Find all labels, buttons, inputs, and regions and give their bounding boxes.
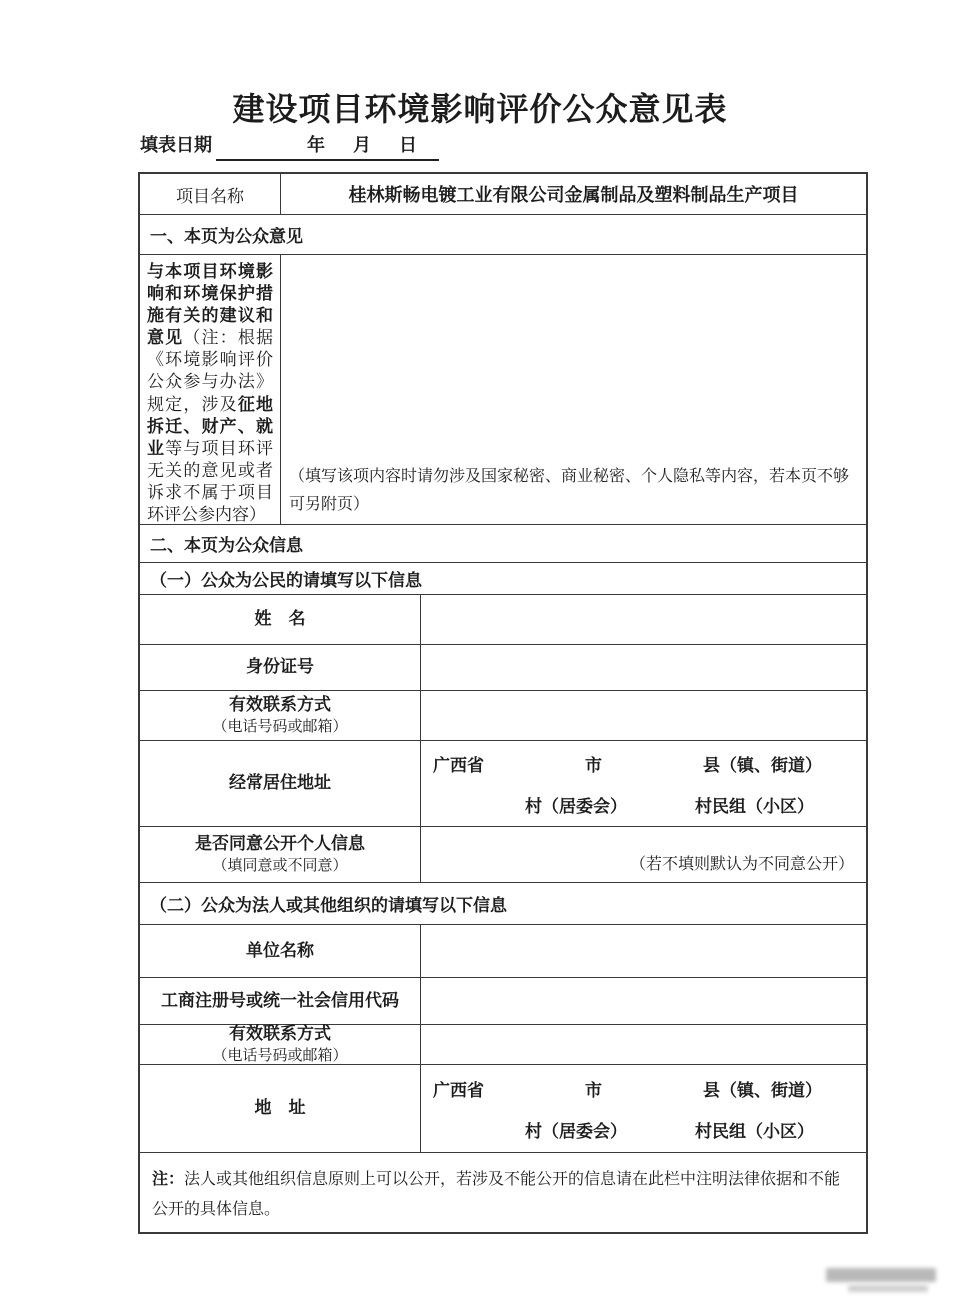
county-label: 县（镇、街道） [703,751,822,776]
name-input-area [421,595,866,644]
residence-address-input-area: 广西省 市 县（镇、街道） 村（居委会） 村民组（小区） [421,741,866,826]
footnote-text: 注：法人或其他组织信息原则上可以公开，若涉及不能公开的信息请在此栏中注明法律依据… [140,1153,866,1232]
citizen-contact-sublabel: （电话号码或邮箱） [212,717,347,737]
org-address-input-area: 广西省 市 县（镇、街道） 村（居委会） 村民组（小区） [421,1065,866,1152]
registration-code-row: 工商注册号或统一社会信用代码 [140,977,866,1024]
consent-label: 是否同意公开个人信息 （填同意或不同意） [140,827,421,882]
footnote-body: 法人或其他组织信息原则上可以公开，若涉及不能公开的信息请在此栏中注明法律依据和不… [152,1169,840,1218]
footnote-row: 注：法人或其他组织信息原则上可以公开，若涉及不能公开的信息请在此栏中注明法律依据… [140,1152,866,1232]
id-number-label: 身份证号 [140,645,421,690]
org-contact-sublabel: （电话号码或邮箱） [212,1046,347,1066]
address-line1: 广西省 市 县（镇、街道） [421,751,866,776]
project-name-row: 项目名称 桂林斯畅电镀工业有限公司金属制品及塑料制品生产项目 [140,174,866,214]
section2-header-row: 二、本页为公众信息 [140,524,866,562]
opinion-label: 与本项目环境影响和环境保护措施有关的建议和意见（注：根据《环境影响评价公众参与办… [140,255,281,524]
opinion-input-area: （填写该项内容时请勿涉及国家秘密、商业秘密、个人隐私等内容，若本页不够可另附页） [281,255,866,524]
watermark-smudge-1 [826,1268,936,1282]
name-label: 姓 名 [140,595,421,644]
unit-name-row: 单位名称 [140,924,866,977]
day-label: 日 [399,131,417,157]
org-contact-row: 有效联系方式 （电话号码或邮箱） [140,1024,866,1064]
org-subheader: （二）公众为法人或其他组织的请填写以下信息 [140,891,507,916]
unit-name-label: 单位名称 [140,925,421,977]
residence-address-label: 经常居住地址 [140,741,421,826]
section1-header: 一、本页为公众意见 [140,222,303,247]
year-label: 年 [307,131,325,157]
opinion-label-part4: 等与项目环评无关的意见或者诉求不属于项目环评公参内容） [147,439,273,525]
org-group-label: 村民组（小区） [695,1117,814,1142]
form-title: 建设项目环境影响评价公众意见表 [0,84,960,130]
org-address-line1: 广西省 市 县（镇、街道） [421,1076,866,1101]
section1-header-row: 一、本页为公众意见 [140,214,866,254]
opinion-row: 与本项目环境影响和环境保护措施有关的建议和意见（注：根据《环境影响评价公众参与办… [140,254,866,524]
residence-address-row: 经常居住地址 广西省 市 县（镇、街道） 村（居委会） 村民组（小区） [140,740,866,826]
registration-code-input-area [421,978,866,1024]
citizen-contact-input-area [421,691,866,740]
org-contact-input-area [421,1025,866,1064]
id-number-row: 身份证号 [140,644,866,690]
org-province-label: 广西省 [433,1076,484,1101]
form-table: 项目名称 桂林斯畅电镀工业有限公司金属制品及塑料制品生产项目 一、本页为公众意见… [138,172,868,1234]
province-label: 广西省 [433,751,484,776]
opinion-fill-note: （填写该项内容时请勿涉及国家秘密、商业秘密、个人隐私等内容，若本页不够可另附页） [281,462,866,524]
citizen-contact-row: 有效联系方式 （电话号码或邮箱） [140,690,866,740]
org-county-label: 县（镇、街道） [703,1076,822,1101]
org-address-label: 地 址 [140,1065,421,1152]
city-label: 市 [585,751,602,776]
project-name-value: 桂林斯畅电镀工业有限公司金属制品及塑料制品生产项目 [281,174,866,214]
consent-input-area: （若不填则默认为不同意公开） [421,827,866,882]
org-contact-label: 有效联系方式 （电话号码或邮箱） [140,1025,421,1064]
consent-sublabel: （填同意或不同意） [212,856,347,876]
village-label: 村（居委会） [525,792,627,817]
id-number-input-area [421,645,866,690]
citizen-subheader-row: （一）公众为公民的请填写以下信息 [140,562,866,594]
watermark-smudge-2 [848,1285,928,1292]
consent-row: 是否同意公开个人信息 （填同意或不同意） （若不填则默认为不同意公开） [140,826,866,882]
org-city-label: 市 [585,1076,602,1101]
name-row: 姓 名 [140,594,866,644]
org-address-row: 地 址 广西省 市 县（镇、街道） 村（居委会） 村民组（小区） [140,1064,866,1152]
consent-default-note: （若不填则默认为不同意公开） [630,851,866,882]
address-line2: 村（居委会） 村民组（小区） [421,792,866,817]
citizen-contact-label: 有效联系方式 （电话号码或邮箱） [140,691,421,740]
month-label: 月 [353,131,371,157]
footnote-prefix: 注： [152,1169,184,1188]
org-address-line2: 村（居委会） 村民组（小区） [421,1117,866,1142]
watermark [826,1268,936,1292]
citizen-subheader: （一）公众为公民的请填写以下信息 [140,566,422,591]
section2-header: 二、本页为公众信息 [140,531,303,556]
document-page: 建设项目环境影响评价公众意见表 填表日期年月日 项目名称 桂林斯畅电镀工业有限公… [0,0,960,1308]
org-subheader-row: （二）公众为法人或其他组织的请填写以下信息 [140,882,866,924]
unit-name-input-area [421,925,866,977]
fill-date-line: 填表日期年月日 [140,131,439,161]
org-village-label: 村（居委会） [525,1117,627,1142]
project-name-label: 项目名称 [140,174,281,214]
fill-date-blank: 年月日 [216,131,439,161]
fill-date-label: 填表日期 [140,135,212,156]
group-label: 村民组（小区） [695,792,814,817]
registration-code-label: 工商注册号或统一社会信用代码 [140,978,421,1024]
